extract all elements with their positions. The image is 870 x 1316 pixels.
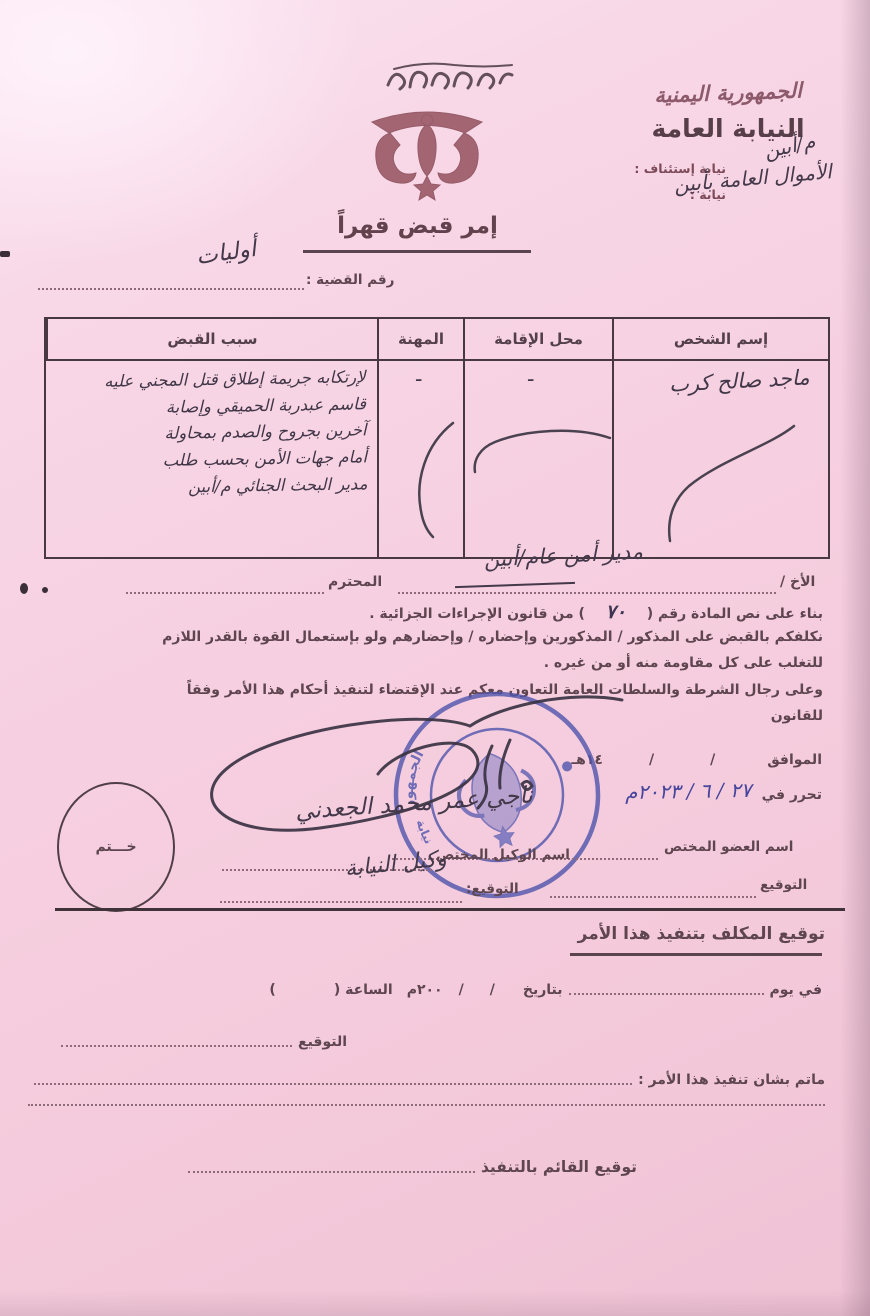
execution-signature-dots xyxy=(61,1043,292,1047)
article-prefix: بناء على نص المادة رقم ( xyxy=(647,606,823,622)
execution-day-label: في يوم xyxy=(770,982,823,998)
execution-result-dots xyxy=(34,1081,632,1085)
scanned-arrest-warrant-document: الجمهورية اليمنية النيابة العامة نيابة إ… xyxy=(0,0,870,1316)
issued-date-label: تحرر في xyxy=(762,787,822,803)
case-number-label: رقم القضية : xyxy=(306,272,394,288)
residence-dash-handwriting: - xyxy=(527,367,534,392)
addressee-dots-2 xyxy=(126,590,324,594)
execution-datetime-row: في يوم بتاريخ / / ٢٠٠م الساعة ( ) xyxy=(269,982,822,998)
pen-curve xyxy=(387,411,467,541)
section-divider xyxy=(55,908,845,911)
khatm-label: خـــتم xyxy=(95,839,136,855)
member-name-label: اسم العضو المختص xyxy=(664,839,793,855)
cooperation-line-2: للقانون xyxy=(771,708,823,724)
issued-date-handwriting: ٢٧ / ٦ / ٢٠٢٣م xyxy=(625,778,752,804)
profession-dash-handwriting: - xyxy=(415,367,422,392)
execution-section-title: توقيع المكلف بتنفيذ هذا الأمر xyxy=(578,924,825,944)
cell-residence: - xyxy=(463,361,612,557)
addressee-dots xyxy=(398,590,776,594)
execution-date-label: بتاريخ xyxy=(523,982,563,998)
execution-result-label: ماتم بشان تنفيذ هذا الأمر : xyxy=(638,1072,825,1088)
case-number-dots xyxy=(38,286,304,290)
pen-curve xyxy=(634,401,804,546)
hijri-slash-1: / xyxy=(710,752,715,768)
signature-label-mid: التوقيع: xyxy=(466,881,519,897)
article-number-handwriting: ٧٠ xyxy=(590,601,642,623)
reason-line: مدير البحث الجنائي م/أبين xyxy=(52,471,367,503)
col-header-arrest-reason: سبب القبض xyxy=(46,319,377,361)
col-header-residence: محل الإقامة xyxy=(463,319,612,361)
page-bottom-shadow xyxy=(0,1290,870,1316)
signature-dots-mid xyxy=(220,899,462,903)
issued-date-row: تحرر في ٢٧ / ٦ / ٢٠٢٣م xyxy=(625,779,822,803)
execution-result-dots-2 xyxy=(28,1102,825,1106)
execution-result-row: ماتم بشان تنفيذ هذا الأمر : xyxy=(28,1072,825,1088)
yemen-eagle-emblem-icon xyxy=(368,100,486,198)
cell-profession: - xyxy=(377,361,463,557)
order-line-1: نكلفكم بالقبض على المذكور / المذكورين وإ… xyxy=(63,629,823,645)
cell-name: ماجد صالح كرب xyxy=(612,361,828,557)
persons-table: إسم الشخص محل الإقامة المهنة سبب القبض م… xyxy=(44,317,830,559)
addressee-underline-stroke xyxy=(455,582,575,588)
addressee-label: الأخ / xyxy=(780,574,815,590)
honorific-label: المحترم xyxy=(328,574,382,590)
signature-dots-right xyxy=(550,894,756,898)
page-edge-shadow xyxy=(840,0,870,1316)
republic-calligraphy: الجمهورية اليمنية xyxy=(618,76,839,109)
execution-signature-label: التوقيع xyxy=(298,1034,347,1050)
execution-slash-1: / xyxy=(490,982,495,998)
execution-hour-label: الساعة ( xyxy=(334,982,393,998)
executor-signature-label: توقيع القائم بالتنفيذ xyxy=(481,1158,637,1176)
doc-title: إمر قبض قهراً xyxy=(300,213,535,239)
executor-signature-dots xyxy=(188,1169,475,1173)
person-name-handwriting: ماجد صالح كرب xyxy=(669,365,811,396)
case-number-value: أوليات xyxy=(194,236,257,270)
execution-title-underline xyxy=(570,953,822,956)
executor-signature-row: توقيع القائم بالتنفيذ xyxy=(182,1158,637,1176)
col-header-name: إسم الشخص xyxy=(612,319,828,361)
scan-mark xyxy=(0,251,10,257)
signature-label-right: التوقيع xyxy=(760,877,807,893)
execution-day-dots xyxy=(569,991,764,995)
pen-curve xyxy=(465,416,614,476)
hijri-slash-2: / xyxy=(649,752,654,768)
hijri-date-label: الموافق xyxy=(767,752,822,768)
cell-arrest-reason: لإرتكابه جريمة إطلاق قتل المجني عليه قاس… xyxy=(44,358,378,560)
calligraphy-mark-icon xyxy=(380,55,525,100)
article-line: بناء على نص المادة رقم ( ٧٠ ) من قانون ا… xyxy=(340,601,823,623)
execution-year-placeholder: ٢٠٠م xyxy=(407,982,443,998)
execution-slash-2: / xyxy=(459,982,464,998)
order-line-2: للتغلب على كل مقاومة منه أو من غيره . xyxy=(63,655,823,671)
ink-speck xyxy=(20,583,28,594)
ink-speck xyxy=(42,587,48,593)
title-underline xyxy=(303,250,531,253)
article-suffix: ) من قانون الإجراءات الجزائية . xyxy=(369,606,585,622)
agent-name-label: اسم الوكيل المختص xyxy=(436,847,570,863)
execution-signature-row: التوقيع xyxy=(55,1034,347,1050)
execution-hour-close: ) xyxy=(269,982,275,998)
col-header-profession: المهنة xyxy=(377,319,463,361)
stamp-placeholder-circle: خـــتم xyxy=(57,782,175,912)
